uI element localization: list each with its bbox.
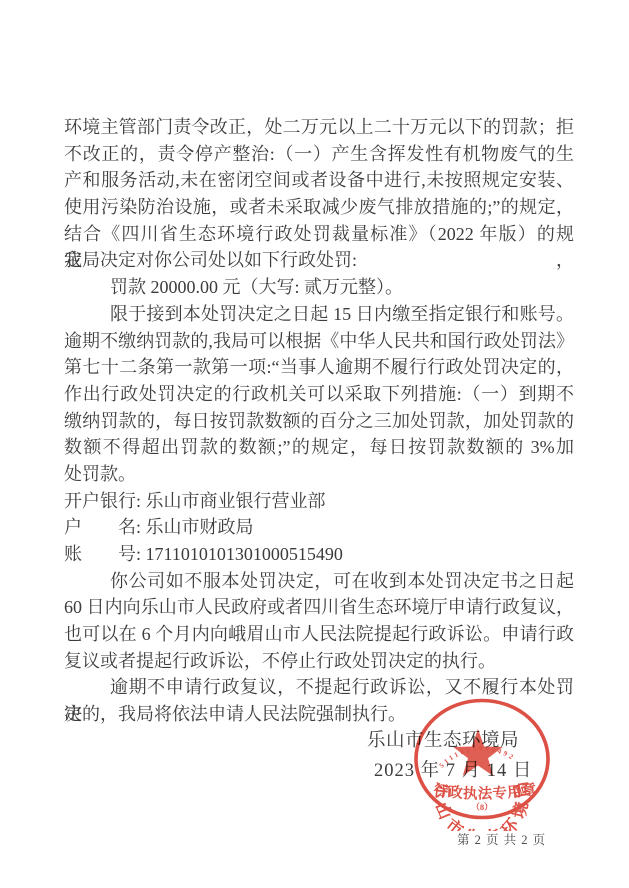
document-page: 环境主管部门责令改正，处二万元以上二十万元以下的罚款；拒 不改正的，责令停产整治… — [0, 0, 629, 888]
body-line: 你公司如不服本处罚决定，可在收到本处罚决定书之日起 — [64, 568, 574, 595]
body-line: 第七十二条第一款第一项:“当事人逾期不履行行政处罚决定的， — [64, 354, 574, 381]
official-seal: 乐山市生态环境局 行政执法专用章 （8） 5111025098492 — [405, 693, 555, 831]
body-line: 产和服务活动,未在密闭空间或者设备中进行,未按照规定安装、 — [64, 167, 574, 194]
body-line: 环境主管部门责令改正，处二万元以上二十万元以下的罚款；拒 — [64, 114, 574, 141]
body-line: 作出行政处罚决定的行政机关可以采取下列措施:（一）到期不 — [64, 381, 574, 408]
account-holder-line: 户 名: 乐山市财政局 — [64, 514, 574, 541]
penalty-amount-line: 罚款 20000.00 元（大写: 贰万元整）。 — [64, 274, 574, 301]
page-number: 第 2 页 共 2 页 — [457, 830, 546, 848]
body-line: 处罚款。 — [64, 461, 574, 488]
body-line: 复议或者提起行政诉讼，不停止行政处罚决定的执行。 — [64, 648, 574, 675]
body-line: 不改正的，责令停产整治:（一）产生含挥发性有机物废气的生 — [64, 141, 574, 168]
bank-name-line: 开户银行: 乐山市商业银行营业部 — [64, 488, 574, 515]
body-line: 也可以在 6 个月内向峨眉山市人民法院提起行政诉讼。申请行政 — [64, 621, 574, 648]
body-line: 缴纳罚款的，每日按罚款数额的百分之三加处罚款，加处罚款的 — [64, 408, 574, 435]
body-line: 逾期不缴纳罚款的,我局可以根据《中华人民共和国行政处罚法》 — [64, 328, 574, 355]
body-line: 结合《四川省生态环境行政处罚裁量标准》（2022 年版）的规定， — [64, 221, 574, 248]
seal-sub-label: （8） — [471, 802, 492, 812]
account-number-line: 账 号: 1711010101301000515490 — [64, 541, 574, 568]
body-line: 数额不得超出罚款的数额;”的规定，每日按罚款数额的 3%加 — [64, 434, 574, 461]
body-line: 60 日内向乐山市人民政府或者四川省生态环境厅申请行政复议， — [64, 594, 574, 621]
body-line: 使用污染防治设施，或者未采取减少废气排放措施的;”的规定， — [64, 194, 574, 221]
document-body: 环境主管部门责令改正，处二万元以上二十万元以下的罚款；拒 不改正的，责令停产整治… — [64, 114, 574, 728]
body-line: 限于接到本处罚决定之日起 15 日内缴至指定银行和账号。 — [64, 301, 574, 328]
